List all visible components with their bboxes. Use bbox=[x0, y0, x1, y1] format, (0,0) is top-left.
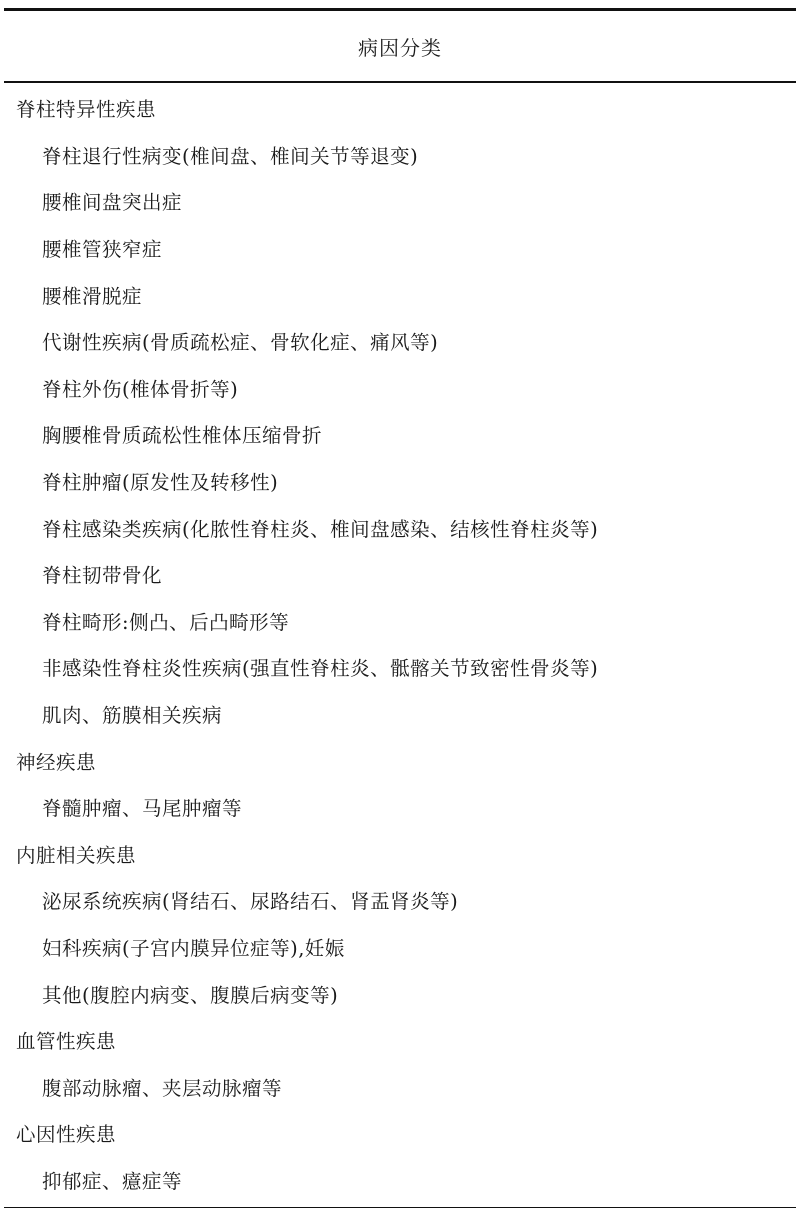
item-row: 腰椎管狭窄症 bbox=[4, 225, 796, 272]
item-label: 脊髓肿瘤、马尾肿瘤等 bbox=[42, 793, 242, 821]
category-label: 心因性疾患 bbox=[16, 1119, 116, 1147]
item-row: 腰椎间盘突出症 bbox=[4, 178, 796, 225]
item-row: 脊柱肿瘤(原发性及转移性) bbox=[4, 458, 796, 505]
category-row: 心因性疾患 bbox=[4, 1110, 796, 1157]
item-label: 腹部动脉瘤、夹层动脉瘤等 bbox=[42, 1073, 282, 1101]
table-body: 脊柱特异性疾患脊柱退行性病变(椎间盘、椎间关节等退变)腰椎间盘突出症腰椎管狭窄症… bbox=[4, 83, 796, 1203]
item-row: 脊柱畸形:侧凸、后凸畸形等 bbox=[4, 598, 796, 645]
etiology-classification-table: 病因分类 脊柱特异性疾患脊柱退行性病变(椎间盘、椎间关节等退变)腰椎间盘突出症腰… bbox=[4, 8, 796, 1208]
item-row: 非感染性脊柱炎性疾病(强直性脊柱炎、骶髂关节致密性骨炎等) bbox=[4, 644, 796, 691]
item-label: 泌尿系统疾病(肾结石、尿路结石、肾盂肾炎等) bbox=[42, 886, 458, 914]
category-row: 内脏相关疾患 bbox=[4, 831, 796, 878]
item-row: 脊髓肿瘤、马尾肿瘤等 bbox=[4, 784, 796, 831]
item-row: 其他(腹腔内病变、腹膜后病变等) bbox=[4, 970, 796, 1017]
item-row: 肌肉、筋膜相关疾病 bbox=[4, 691, 796, 738]
category-row: 神经疾患 bbox=[4, 737, 796, 784]
item-label: 非感染性脊柱炎性疾病(强直性脊柱炎、骶髂关节致密性骨炎等) bbox=[42, 653, 598, 681]
item-label: 腰椎管狭窄症 bbox=[42, 234, 162, 262]
item-label: 抑郁症、癔症等 bbox=[42, 1166, 182, 1194]
item-label: 脊柱畸形:侧凸、后凸畸形等 bbox=[42, 607, 289, 635]
category-row: 脊柱特异性疾患 bbox=[4, 85, 796, 132]
item-row: 脊柱退行性病变(椎间盘、椎间关节等退变) bbox=[4, 132, 796, 179]
item-row: 腰椎滑脱症 bbox=[4, 271, 796, 318]
item-label: 脊柱退行性病变(椎间盘、椎间关节等退变) bbox=[42, 141, 418, 169]
category-label: 内脏相关疾患 bbox=[16, 840, 136, 868]
category-label: 神经疾患 bbox=[16, 747, 96, 775]
item-label: 脊柱外伤(椎体骨折等) bbox=[42, 374, 238, 402]
category-label: 脊柱特异性疾患 bbox=[16, 94, 156, 122]
item-label: 脊柱感染类疾病(化脓性脊柱炎、椎间盘感染、结核性脊柱炎等) bbox=[42, 514, 598, 542]
item-row: 抑郁症、癔症等 bbox=[4, 1157, 796, 1204]
item-label: 其他(腹腔内病变、腹膜后病变等) bbox=[42, 980, 338, 1008]
item-row: 代谢性疾病(骨质疏松症、骨软化症、痛风等) bbox=[4, 318, 796, 365]
item-row: 腹部动脉瘤、夹层动脉瘤等 bbox=[4, 1063, 796, 1110]
item-label: 腰椎滑脱症 bbox=[42, 281, 142, 309]
item-label: 脊柱韧带骨化 bbox=[42, 560, 162, 588]
item-row: 脊柱外伤(椎体骨折等) bbox=[4, 365, 796, 412]
item-row: 脊柱感染类疾病(化脓性脊柱炎、椎间盘感染、结核性脊柱炎等) bbox=[4, 504, 796, 551]
item-label: 妇科疾病(子宫内膜异位症等),妊娠 bbox=[42, 933, 345, 961]
header-title: 病因分类 bbox=[358, 32, 442, 61]
item-row: 胸腰椎骨质疏松性椎体压缩骨折 bbox=[4, 411, 796, 458]
item-row: 泌尿系统疾病(肾结石、尿路结石、肾盂肾炎等) bbox=[4, 877, 796, 924]
item-label: 脊柱肿瘤(原发性及转移性) bbox=[42, 467, 278, 495]
item-label: 腰椎间盘突出症 bbox=[42, 187, 182, 215]
category-label: 血管性疾患 bbox=[16, 1026, 116, 1054]
item-row: 妇科疾病(子宫内膜异位症等),妊娠 bbox=[4, 924, 796, 971]
item-label: 肌肉、筋膜相关疾病 bbox=[42, 700, 222, 728]
item-row: 脊柱韧带骨化 bbox=[4, 551, 796, 598]
item-label: 胸腰椎骨质疏松性椎体压缩骨折 bbox=[42, 420, 322, 448]
category-row: 血管性疾患 bbox=[4, 1017, 796, 1064]
item-label: 代谢性疾病(骨质疏松症、骨软化症、痛风等) bbox=[42, 327, 438, 355]
table-header: 病因分类 bbox=[4, 11, 796, 81]
